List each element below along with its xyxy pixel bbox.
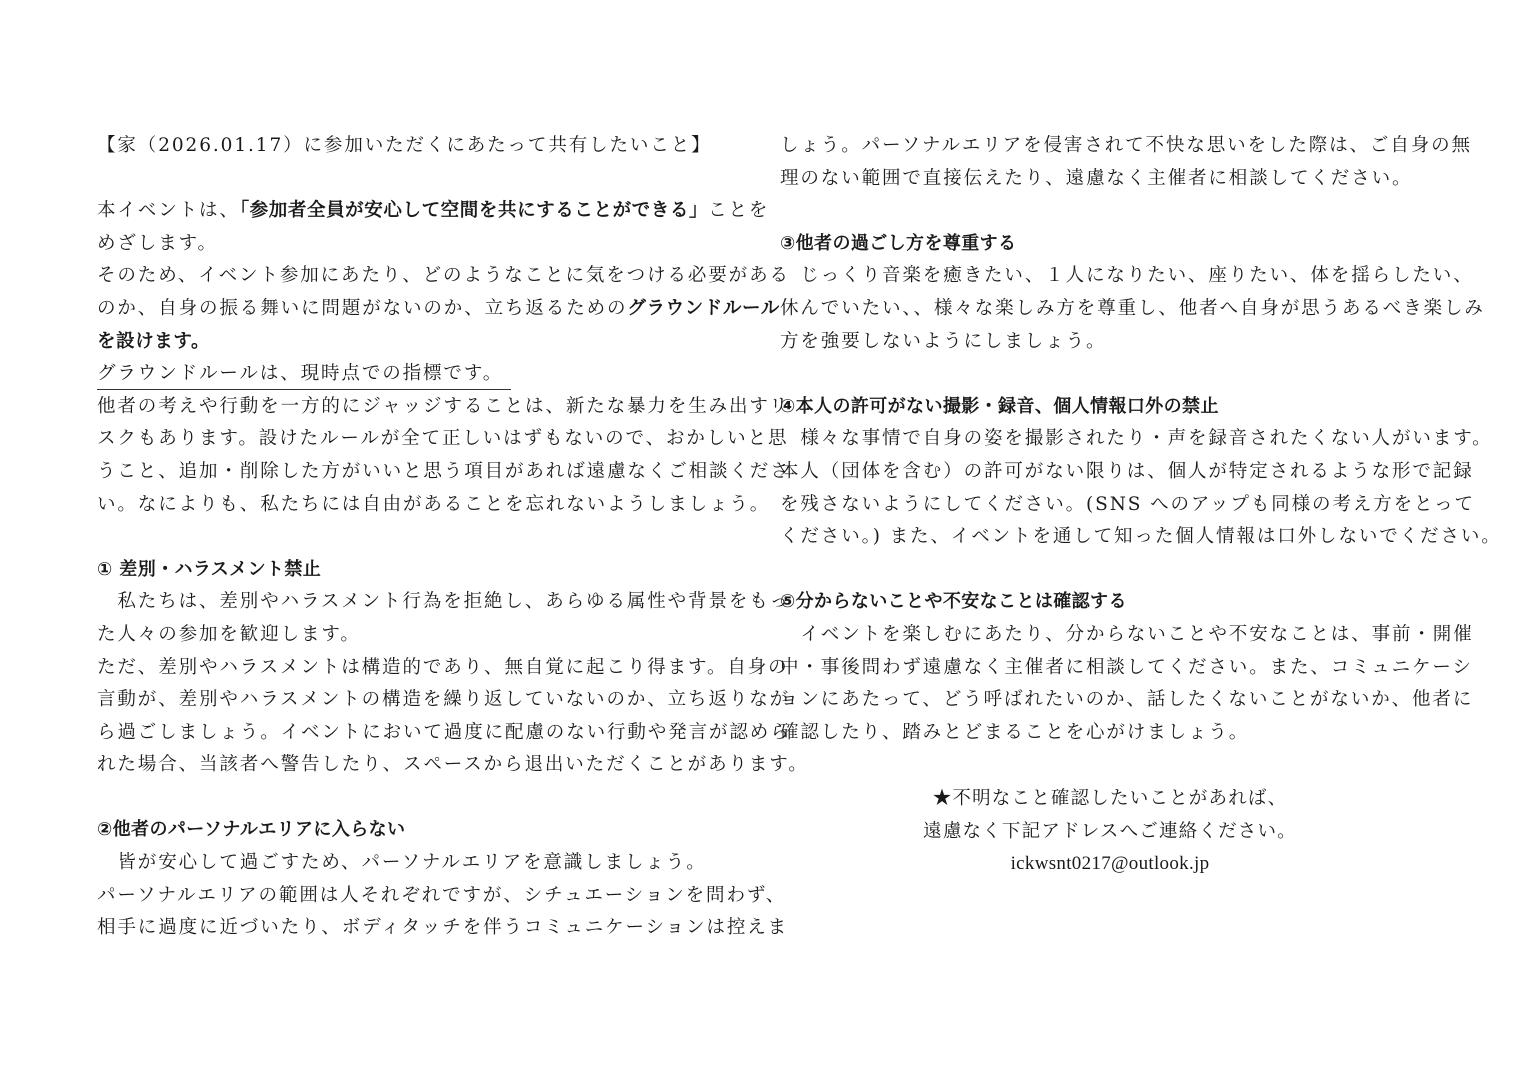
rule-line: ただ、差別やハラスメントは構造的であり、無自覚に起こり得ます。自身の <box>97 652 747 685</box>
rule-line: 本人（団体を含む）の許可がない限りは、個人が特定されるような形で記録 <box>780 456 1440 489</box>
intro-line-10: い。なによりも、私たちには自由があることを忘れないようしましょう。 <box>97 489 747 522</box>
intro-line-4: のか、自身の振る舞いに問題がないのか、立ち返るためのグラウンドルール <box>97 293 747 326</box>
spacer <box>780 358 1440 391</box>
intro-line-2: めざします。 <box>97 228 747 261</box>
intro-text: のか、自身の振る舞いに問題がないのか、立ち返るための <box>97 298 627 319</box>
rule-section-1: ① 差別・ハラスメント禁止 私たちは、差別やハラスメント行為を拒絶し、あらゆる属… <box>97 554 747 782</box>
contact-line-1: ★不明なこと確認したいことがあれば、 <box>780 783 1440 816</box>
rule-line: 様々な事情で自身の姿を撮影されたり・声を録音されたくない人がいます。 <box>780 423 1440 456</box>
contact-email-row: ickwsnt0217@outlook.jp <box>780 848 1440 881</box>
rule-line: ら過ごしましょう。イベントにおいて過度に配慮のない行動や発言が認めら <box>97 717 747 750</box>
rule-line: イベントを楽しむにあたり、分からないことや不安なことは、事前・開催 <box>780 619 1440 652</box>
rule-line: 言動が、差別やハラスメントの構造を繰り返していないのか、立ち返りなが <box>97 684 747 717</box>
rule-line: 確認したり、踏みとどまることを心がけましょう。 <box>780 717 1440 750</box>
intro-line-5: を設けます。 <box>97 326 747 359</box>
rule-line: 私たちは、差別やハラスメント行為を拒絶し、あらゆる属性や背景をもっ <box>97 586 747 619</box>
rule-line: 中・事後問わず遠慮なく主催者に相談してください。また、コミュニケーシ <box>780 652 1440 685</box>
contact-line-2: 遠慮なく下記アドレスへご連絡ください。 <box>780 816 1440 849</box>
rule-heading: ④本人の許可がない撮影・録音、個人情報口外の禁止 <box>780 391 1440 424</box>
rule-line: 理のない範囲で直接伝えたり、遠慮なく主催者に相談してください。 <box>780 163 1440 196</box>
spacer <box>780 554 1440 587</box>
rule-line: た人々の参加を歓迎します。 <box>97 619 747 652</box>
rule-line: しょう。パーソナルエリアを侵害されて不快な思いをした際は、ご自身の無 <box>780 130 1440 163</box>
contact-email[interactable]: ickwsnt0217@outlook.jp <box>1011 853 1210 874</box>
spacer <box>780 195 1440 228</box>
right-column: しょう。パーソナルエリアを侵害されて不快な思いをした際は、ご自身の無 理のない範… <box>780 130 1440 749</box>
rule-heading: ① 差別・ハラスメント禁止 <box>97 554 747 587</box>
rule-line: じっくり音楽を癒きたい、１人になりたい、座りたい、体を揺らしたい、 <box>780 260 1440 293</box>
rule-line: 相手に過度に近づいたり、ボディタッチを伴うコミュニケーションは控えま <box>97 912 747 945</box>
document-title: 【家（2026.01.17）に参加いただくにあたって共有したいこと】 <box>97 130 747 163</box>
spacer <box>97 521 747 554</box>
rule-line: 方を強要しないようにしましょう。 <box>780 326 1440 359</box>
rule-heading: ⑤分からないことや不安なことは確認する <box>780 586 1440 619</box>
rule-line: パーソナルエリアの範囲は人それぞれですが、シチュエーションを問わず、 <box>97 880 747 913</box>
ground-rule-emphasis: グラウンドルール <box>627 298 779 319</box>
intro-line-7: 他者の考えや行動を一方的にジャッジすることは、新たな暴力を生み出すリ <box>97 391 747 424</box>
rule-line: 休んでいたい、、様々な楽しみ方を尊重し、他者へ自身が思うあるべき楽しみ <box>780 293 1440 326</box>
contact-block: ★不明なこと確認したいことがあれば、 遠慮なく下記アドレスへご連絡ください。 i… <box>780 783 1440 881</box>
rule-heading: ③他者の過ごし方を尊重する <box>780 228 1440 261</box>
document-page: 【家（2026.01.17）に参加いただくにあたって共有したいこと】 本イベント… <box>0 0 1521 1076</box>
intro-line-9: うこと、追加・削除した方がいいと思う項目があれば遠慮なくご相談くださ <box>97 456 747 489</box>
rule-line: ください。) また、イベントを通して知った個人情報は口外しないでください。 <box>780 521 1440 554</box>
intro-line-6: グラウンドルールは、現時点での指標です。 <box>97 358 747 391</box>
spacer <box>97 163 747 196</box>
rule-section-4: ④本人の許可がない撮影・録音、個人情報口外の禁止 様々な事情で自身の姿を撮影され… <box>780 391 1440 554</box>
intro-line-3: そのため、イベント参加にあたり、どのようなことに気をつける必要がある <box>97 260 747 293</box>
intro-text: 本イベントは、 <box>97 200 240 221</box>
intro-line-1: 本イベントは、「参加者全員が安心して空間を共にすることができる」ことを <box>97 195 747 228</box>
rule-heading: ②他者のパーソナルエリアに入らない <box>97 814 747 847</box>
intro-text: ことを <box>708 200 769 221</box>
rule-section-2: ②他者のパーソナルエリアに入らない 皆が安心して過ごすため、パーソナルエリアを意… <box>97 814 747 944</box>
rule-section-3: ③他者の過ごし方を尊重する じっくり音楽を癒きたい、１人になりたい、座りたい、体… <box>780 228 1440 358</box>
ground-rule-note: グラウンドルールは、現時点での指標です。 <box>97 359 511 390</box>
rule-line: れた場合、当該者へ警告したり、スペースから退出いただくことがあります。 <box>97 749 747 782</box>
rule-line: を残さないようにしてください。(SNS へのアップも同様の考え方をとって <box>780 489 1440 522</box>
rule-section-5: ⑤分からないことや不安なことは確認する イベントを楽しむにあたり、分からないこと… <box>780 586 1440 749</box>
intro-emphasis: 「参加者全員が安心して空間を共にすることができる」 <box>240 200 708 221</box>
left-column: 【家（2026.01.17）に参加いただくにあたって共有したいこと】 本イベント… <box>97 130 747 945</box>
rule-line: ョンにあたって、どう呼ばれたいのか、話したくないことがないか、他者に <box>780 684 1440 717</box>
rule-line: 皆が安心して過ごすため、パーソナルエリアを意識しましょう。 <box>97 847 747 880</box>
spacer <box>97 782 747 815</box>
intro-line-8: スクもあります。設けたルールが全て正しいはずもないので、おかしいと思 <box>97 423 747 456</box>
rule-section-2-continued: しょう。パーソナルエリアを侵害されて不快な思いをした際は、ご自身の無 理のない範… <box>780 130 1440 195</box>
